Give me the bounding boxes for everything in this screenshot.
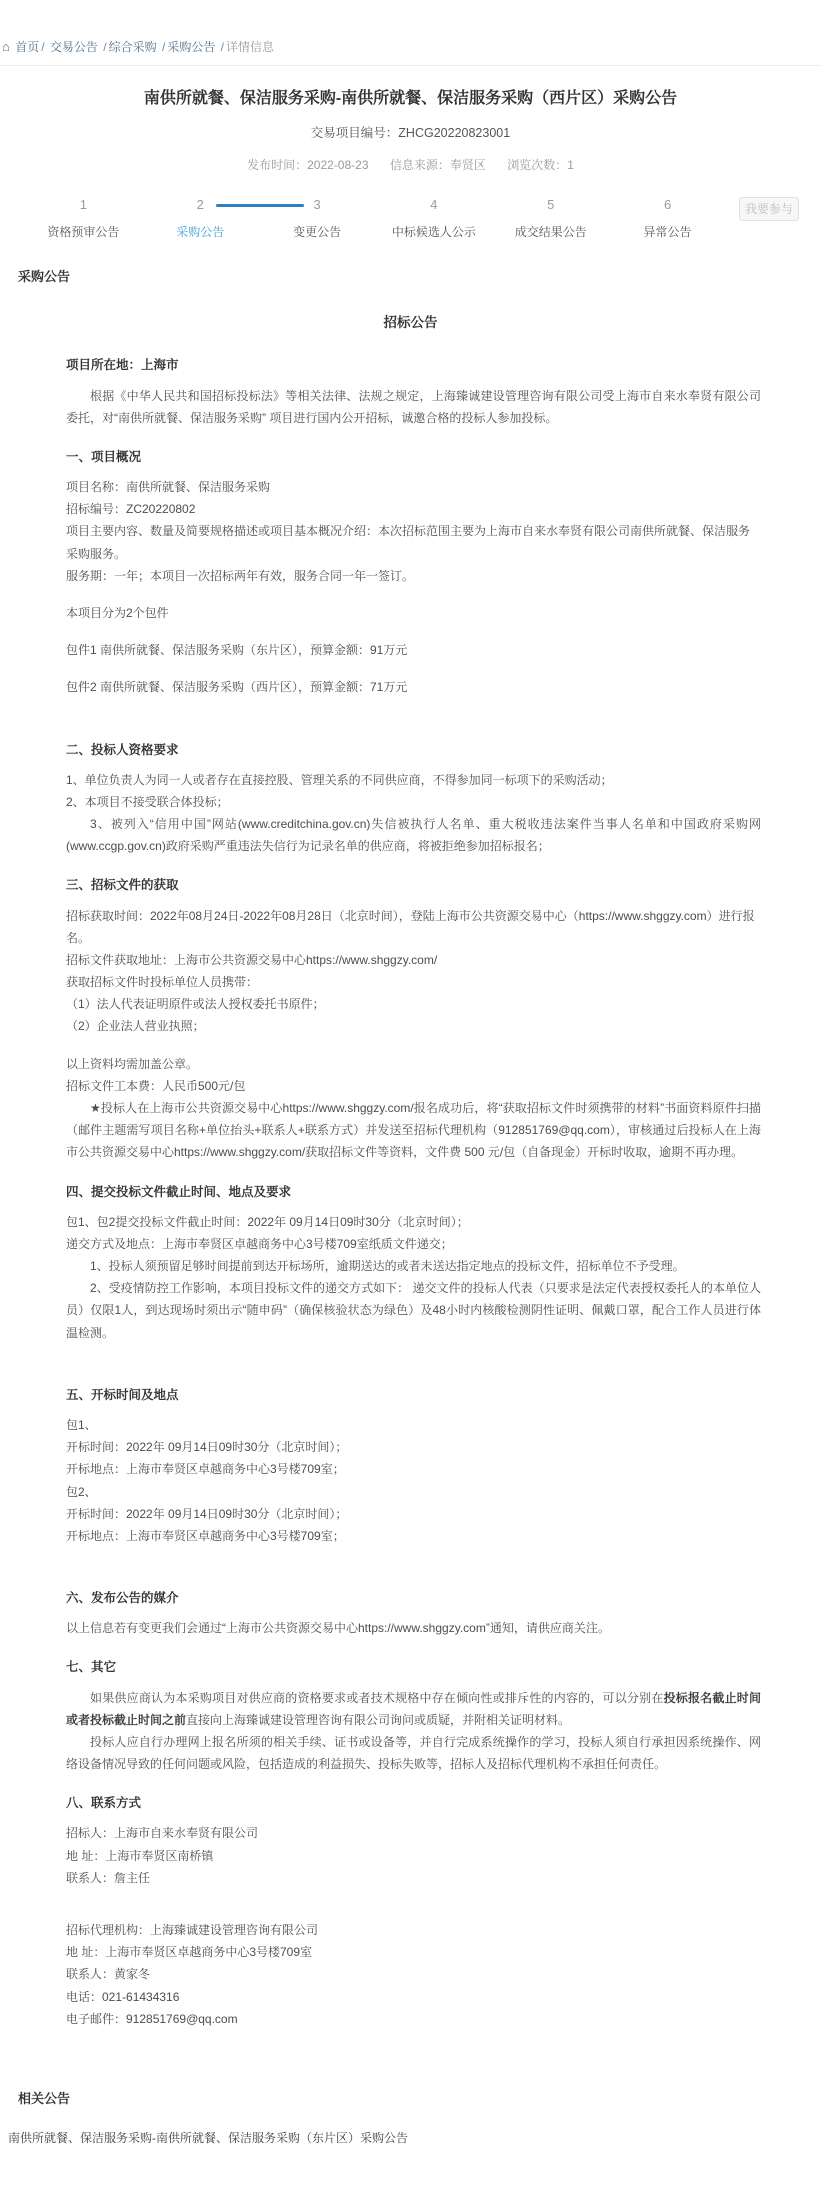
breadcrumb-separator: /: [103, 40, 106, 54]
step-number: 6: [609, 197, 726, 213]
step-number: 1: [25, 197, 142, 213]
content-paragraph: 开标地点：上海市奉贤区卓越商务中心3号楼709室；: [66, 1458, 761, 1480]
step-label: 成交结果公告: [492, 223, 609, 240]
content-paragraph: 递交方式及地点：上海市奉贤区卓越商务中心3号楼709室纸质文件递交；: [66, 1233, 761, 1255]
step-item-1[interactable]: 1资格预审公告: [25, 197, 142, 240]
content-paragraph: 招标获取时间：2022年08月24日-2022年08月28日（北京时间），登陆上…: [66, 905, 761, 949]
notice-title: 招标公告: [0, 311, 821, 331]
section-heading: 五、开标时间及地点: [66, 1384, 761, 1407]
breadcrumb-current: 详情信息: [226, 40, 274, 54]
notice-content: 项目所在地：上海市根据《中华人民共和国招标投标法》等相关法律、法规之规定，上海臻…: [0, 331, 821, 2030]
section-heading: 二、投标人资格要求: [66, 739, 761, 762]
document-header: 南供所就餐、保洁服务采购-南供所就餐、保洁服务采购（西片区）采购公告 交易项目编…: [0, 66, 821, 173]
page: ⌂ 首页/ 交易公告 /综合采购 /采购公告 /详情信息 南供所就餐、保洁服务采…: [0, 0, 821, 2186]
step-item-4[interactable]: 4中标候选人公示: [375, 197, 492, 240]
breadcrumb: ⌂ 首页/ 交易公告 /综合采购 /采购公告 /详情信息: [2, 38, 819, 55]
content-paragraph: 招标文件工本费：人民币500元/包: [66, 1075, 761, 1097]
content-paragraph: 如果供应商认为本采购项目对供应商的资格要求或者技术规格中存在倾向性或排斥性的内容…: [66, 1687, 761, 1731]
step-item-5[interactable]: 5成交结果公告: [492, 197, 609, 240]
content-paragraph: 本项目分为2个包件: [66, 602, 761, 624]
content-paragraph: 以上资料均需加盖公章。: [66, 1053, 761, 1075]
step-label: 资格预审公告: [25, 223, 142, 240]
content-paragraph: 3、被列入“信用中国”网站(www.creditchina.gov.cn)失信被…: [66, 813, 761, 857]
content-paragraph: 包件1 南供所就餐、保洁服务采购（东片区），预算金额：91万元: [66, 639, 761, 661]
stepper: 1资格预审公告2采购公告3变更公告4中标候选人公示5成交结果公告6异常公告 我要…: [0, 197, 821, 240]
step-item-6[interactable]: 6异常公告: [609, 197, 726, 240]
section-heading: 四、提交投标文件截止时间、地点及要求: [66, 1181, 761, 1204]
section-heading: 七、其它: [66, 1656, 761, 1679]
content-paragraph: 招标人：上海市自来水奉贤有限公司: [66, 1822, 761, 1844]
publish-time: 发布时间：2022-08-23: [247, 158, 368, 172]
page-title: 南供所就餐、保洁服务采购-南供所就餐、保洁服务采购（西片区）采购公告: [0, 88, 821, 110]
content-paragraph: 项目名称：南供所就餐、保洁服务采购: [66, 476, 761, 498]
content-paragraph: 地 址：上海市奉贤区卓越商务中心3号楼709室: [66, 1941, 761, 1963]
content-paragraph: 地 址：上海市奉贤区南桥镇: [66, 1845, 761, 1867]
home-icon[interactable]: ⌂: [2, 39, 10, 54]
step-label: 中标候选人公示: [375, 223, 492, 240]
breadcrumb-link-comprehensive[interactable]: 综合采购: [109, 40, 157, 54]
content-paragraph: 获取招标文件时投标单位人员携带：: [66, 971, 761, 993]
step-connector: [216, 204, 304, 207]
section-heading: 六、发布公告的媒介: [66, 1587, 761, 1610]
content-paragraph: 招标编号：ZC20220802: [66, 498, 761, 520]
breadcrumb-link-trade[interactable]: 交易公告: [50, 40, 98, 54]
content-paragraph: 服务期：一年；本项目一次招标两年有效，服务合同一年一签订。: [66, 565, 761, 587]
content-paragraph: ★投标人在上海市公共资源交易中心https://www.shggzy.com/报…: [66, 1097, 761, 1164]
content-paragraph: 2、受疫情防控工作影响，本项目投标文件的递交方式如下： 递交文件的投标人代表（只…: [66, 1277, 761, 1344]
content-paragraph: 项目主要内容、数量及简要规格描述或项目基本概况介绍：本次招标范围主要为上海市自来…: [66, 520, 761, 564]
content-paragraph: 开标时间：2022年 09月14日09时30分（北京时间）；: [66, 1436, 761, 1458]
section-heading: 八、联系方式: [66, 1792, 761, 1815]
related-link[interactable]: 南供所就餐、保洁服务采购-南供所就餐、保洁服务采购（东片区）采购公告: [8, 2129, 821, 2186]
breadcrumb-bar: ⌂ 首页/ 交易公告 /综合采购 /采购公告 /详情信息: [0, 36, 821, 66]
step-number: 4: [375, 197, 492, 213]
step-number: 5: [492, 197, 609, 213]
tab-procurement-notice: 采购公告: [18, 266, 821, 285]
paragraph-text: 直接向上海臻诚建设管理咨询有限公司询问或质疑，并附相关证明材料。: [186, 1713, 570, 1727]
section-heading: 三、招标文件的获取: [66, 874, 761, 897]
content-paragraph: 招标文件获取地址：上海市公共资源交易中心https://www.shggzy.c…: [66, 949, 761, 971]
content-paragraph: 开标地点：上海市奉贤区卓越商务中心3号楼709室；: [66, 1525, 761, 1547]
breadcrumb-link-procurement[interactable]: 采购公告: [167, 40, 215, 54]
content-paragraph: 1、单位负责人为同一人或者存在直接控股、管理关系的不同供应商，不得参加同一标项下…: [66, 769, 761, 791]
content-paragraph: 根据《中华人民共和国招标投标法》等相关法律、法规之规定，上海臻诚建设管理咨询有限…: [66, 385, 761, 429]
content-paragraph: 投标人应自行办理网上报名所须的相关手续、证书或设备等，并自行完成系统操作的学习，…: [66, 1731, 761, 1775]
breadcrumb-separator: /: [221, 40, 224, 54]
content-paragraph: （2）企业法人营业执照；: [66, 1015, 761, 1037]
steps-row: 1资格预审公告2采购公告3变更公告4中标候选人公示5成交结果公告6异常公告: [25, 197, 726, 240]
content-paragraph: 以上信息若有变更我们会通过“上海市公共资源交易中心https://www.shg…: [66, 1617, 761, 1639]
breadcrumb-link-home[interactable]: 首页: [15, 40, 39, 54]
view-count: 浏览次数：1: [507, 158, 574, 172]
step-label: 采购公告: [142, 223, 259, 240]
breadcrumb-separator: /: [41, 40, 44, 54]
related-heading: 相关公告: [18, 2088, 821, 2107]
content-paragraph: 联系人：黄家冬: [66, 1963, 761, 1985]
section-heading: 一、项目概况: [66, 446, 761, 469]
publish-meta: 发布时间：2022-08-23 信息来源：奉贤区 浏览次数：1: [0, 156, 821, 173]
content-paragraph: 电子邮件：912851769@qq.com: [66, 2008, 761, 2030]
content-paragraph: 包1、: [66, 1414, 761, 1436]
info-source: 信息来源：奉贤区: [390, 158, 486, 172]
join-button[interactable]: 我要参与: [739, 197, 799, 221]
content-paragraph: （1）法人代表证明原件或法人授权委托书原件；: [66, 993, 761, 1015]
content-paragraph: 包1、包2提交投标文件截止时间：2022年 09月14日09时30分（北京时间）…: [66, 1211, 761, 1233]
step-label: 异常公告: [609, 223, 726, 240]
project-number: 交易项目编号：ZHCG20220823001: [0, 123, 821, 141]
content-paragraph: 开标时间：2022年 09月14日09时30分（北京时间）；: [66, 1503, 761, 1525]
breadcrumb-separator: /: [162, 40, 165, 54]
content-paragraph: 联系人：詹主任: [66, 1867, 761, 1889]
section-heading: 项目所在地：上海市: [66, 354, 761, 377]
paragraph-text: 如果供应商认为本采购项目对供应商的资格要求或者技术规格中存在倾向性或排斥性的内容…: [90, 1691, 664, 1705]
content-paragraph: 1、投标人须预留足够时间提前到达开标场所，逾期送达的或者未送达指定地点的投标文件…: [66, 1255, 761, 1277]
related-section: 相关公告 南供所就餐、保洁服务采购-南供所就餐、保洁服务采购（东片区）采购公告: [0, 2088, 821, 2186]
content-paragraph: 2、本项目不接受联合体投标；: [66, 791, 761, 813]
content-paragraph: 包2、: [66, 1481, 761, 1503]
content-paragraph: 电话：021-61434316: [66, 1986, 761, 2008]
content-paragraph: 包件2 南供所就餐、保洁服务采购（西片区），预算金额：71万元: [66, 676, 761, 698]
content-paragraph: 招标代理机构：上海臻诚建设管理咨询有限公司: [66, 1919, 761, 1941]
step-label: 变更公告: [259, 223, 376, 240]
